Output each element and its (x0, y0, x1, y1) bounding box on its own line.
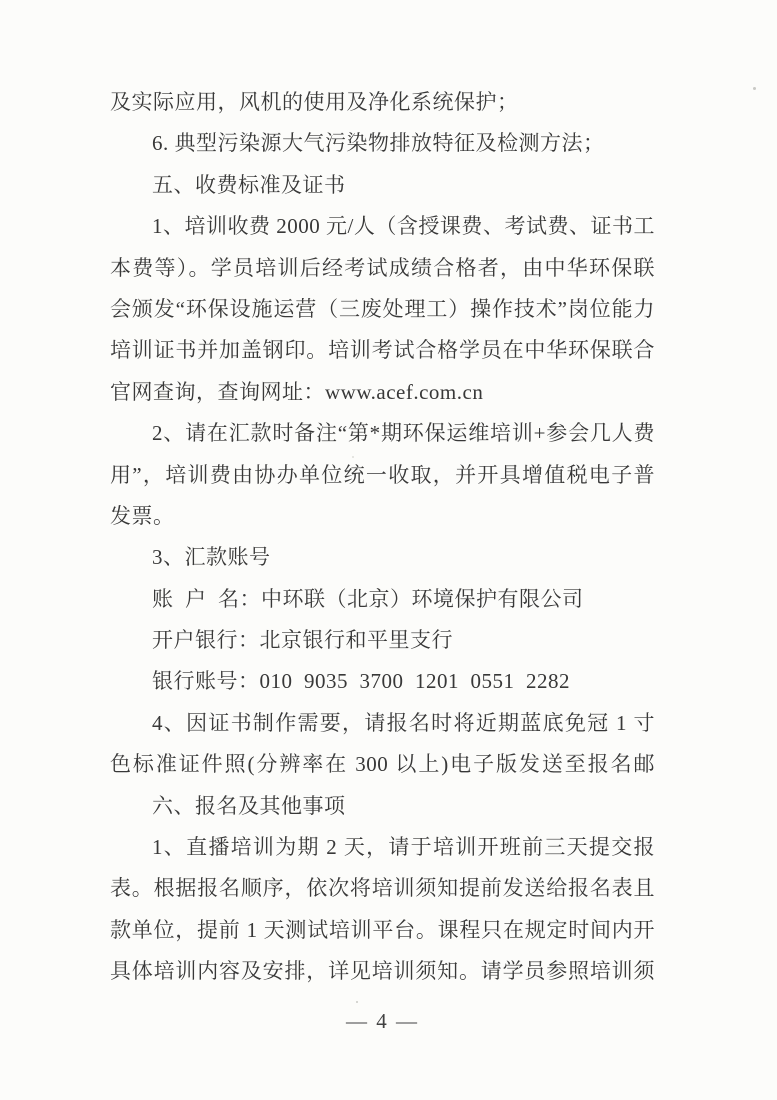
text-line: 本费等）。学员培训后经考试成绩合格者，由中华环保联合 (110, 248, 655, 289)
text-line: 1、培训收费 2000 元/人（含授课费、考试费、证书工 (110, 206, 655, 247)
section-heading: 六、报名及其他事项 (110, 786, 655, 827)
text-line: 色标准证件照(分辨率在 300 以上)电子版发送至报名邮箱。 (110, 744, 655, 785)
text-line: 3、汇款账号 (110, 537, 655, 578)
scan-speck (352, 456, 354, 458)
scan-speck (753, 87, 756, 90)
page-number: — 4 — (346, 1009, 419, 1033)
text-line: 发票。 (110, 496, 655, 537)
text-line: 用”，培训费由协办单位统一收取，并开具增值税电子普通 (110, 455, 655, 496)
document-page: 及实际应用，风机的使用及净化系统保护； 6. 典型污染源大气污染物排放特征及检测… (0, 0, 777, 1100)
text-line-account-name: 账 户 名：中环联（北京）环境保护有限公司 (110, 579, 655, 620)
section-heading: 五、收费标准及证书 (110, 165, 655, 206)
text-line: 1、直播培训为期 2 天，请于培训开班前三天提交报名 (110, 827, 655, 868)
text-line: 培训证书并加盖钢印。培训考试合格学员在中华环保联合会 (110, 330, 655, 371)
text-line: 会颁发“环保设施运营（三废处理工）操作技术”岗位能力 (110, 289, 655, 330)
text-line-website: 官网查询，查询网址：www.acef.com.cn (110, 372, 655, 413)
text-line: 6. 典型污染源大气污染物排放特征及检测方法； (110, 123, 655, 164)
text-line: 表。根据报名顺序，依次将培训须知提前发送给报名表且汇 (110, 868, 655, 909)
text-line-bank-branch: 开户银行：北京银行和平里支行 (110, 620, 655, 661)
document-body: 及实际应用，风机的使用及净化系统保护； 6. 典型污染源大气污染物排放特征及检测… (110, 82, 655, 993)
text-line-account-number: 银行账号：010 9035 3700 1201 0551 2282 (110, 661, 655, 702)
text-line: 4、因证书制作需要，请报名时将近期蓝底免冠 1 寸彩 (110, 703, 655, 744)
text-line: 款单位，提前 1 天测试培训平台。课程只在规定时间内开放， (110, 910, 655, 951)
text-line: 及实际应用，风机的使用及净化系统保护； (110, 82, 655, 123)
scan-speck (356, 1001, 358, 1003)
text-line: 具体培训内容及安排，详见培训须知。请学员参照培训须知 (110, 951, 655, 992)
page-footer: — 4 — (110, 1006, 655, 1036)
text-line: 2、请在汇款时备注“第*期环保运维培训+参会几人费 (110, 413, 655, 454)
